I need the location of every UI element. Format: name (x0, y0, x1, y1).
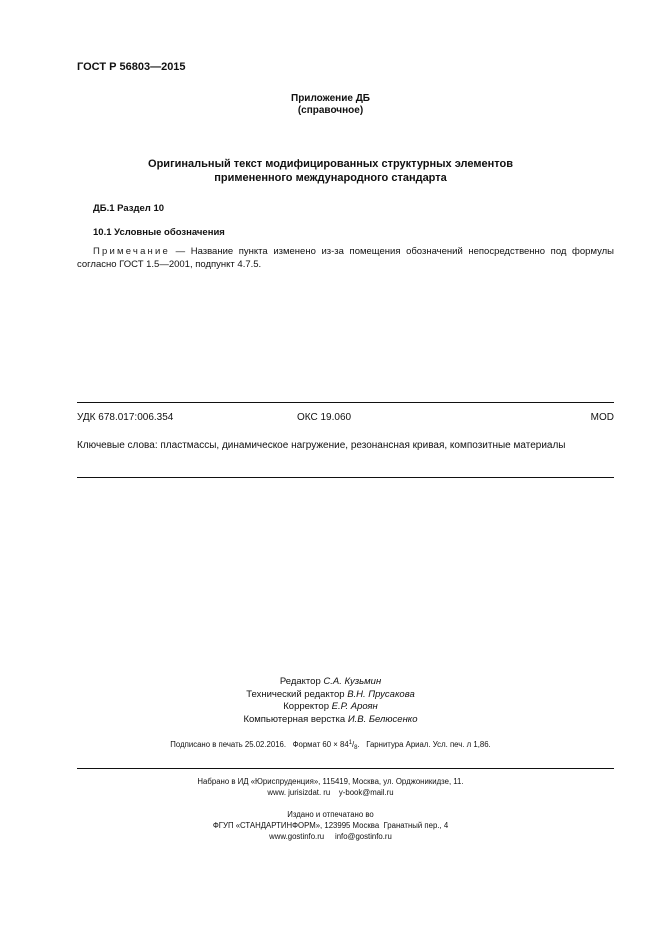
credit-role: Компьютерная верстка (243, 714, 345, 725)
credit-editor: Редактор С.А. Кузьмин (0, 676, 661, 689)
divider-middle (77, 477, 614, 478)
format: Формат 60 × 841/8. (293, 740, 360, 749)
credit-proofreader: Корректор Е.Р. Ароян (0, 701, 661, 714)
note-label: Примечание (93, 246, 170, 257)
divider-bottom (77, 768, 614, 769)
credit-role: Редактор (280, 676, 321, 687)
section-heading: ДБ.1 Раздел 10 (93, 203, 164, 214)
title-line-1: Оригинальный текст модифицированных стру… (0, 157, 661, 171)
oks-code: ОКС 19.060 (297, 412, 591, 423)
typeset-line-2: www. jurisizdat. ru y-book@mail.ru (0, 787, 661, 798)
classification-row: УДК 678.017:006.354 ОКС 19.060 MOD (77, 412, 614, 423)
credit-layout: Компьютерная верстка И.В. Белюсенко (0, 714, 661, 727)
printed-line-2: ФГУП «СТАНДАРТИНФОРМ», 123995 Москва Гра… (0, 820, 661, 831)
credit-name: С.А. Кузьмин (323, 676, 381, 687)
document-title: Оригинальный текст модифицированных стру… (0, 157, 661, 185)
format-suffix: . (358, 740, 360, 749)
mod-label: MOD (591, 412, 614, 423)
appendix-subtitle: (справочное) (0, 105, 661, 117)
print-info: Подписано в печать 25.02.2016. Формат 60… (0, 740, 661, 751)
credit-tech-editor: Технический редактор В.Н. Прусакова (0, 689, 661, 702)
note-paragraph: Примечание — Название пункта изменено из… (77, 245, 614, 271)
format-prefix: Формат 60 × 84 (293, 740, 349, 749)
printed-line-1: Издано и отпечатано во (0, 809, 661, 820)
standard-code: ГОСТ Р 56803—2015 (77, 61, 186, 73)
credit-name: И.В. Белюсенко (348, 714, 418, 725)
sheets-info: Усл. печ. л 1,86. (433, 740, 491, 749)
keywords: Ключевые слова: пластмассы, динамическое… (77, 439, 614, 453)
title-line-2: примененного международного стандарта (0, 171, 661, 185)
font-info: Гарнитура Ариал. (366, 740, 430, 749)
printer-info: Издано и отпечатано во ФГУП «СТАНДАРТИНФ… (0, 809, 661, 842)
divider-top (77, 402, 614, 403)
appendix-title: Приложение ДБ (0, 93, 661, 105)
credit-role: Корректор (283, 701, 329, 712)
credit-role: Технический редактор (246, 689, 344, 700)
signed-date: Подписано в печать 25.02.2016. (170, 740, 286, 749)
credit-name: Е.Р. Ароян (332, 701, 378, 712)
printed-line-3: www.gostinfo.ru info@gostinfo.ru (0, 831, 661, 842)
credits-block: Редактор С.А. Кузьмин Технический редакт… (0, 676, 661, 726)
typeset-line-1: Набрано в ИД «Юриспруденция», 115419, Мо… (0, 776, 661, 787)
subsection-heading: 10.1 Условные обозначения (93, 227, 225, 238)
format-numerator: 1 (349, 740, 352, 746)
udk-code: УДК 678.017:006.354 (77, 412, 297, 423)
credit-name: В.Н. Прусакова (347, 689, 415, 700)
typeset-info: Набрано в ИД «Юриспруденция», 115419, Мо… (0, 776, 661, 798)
